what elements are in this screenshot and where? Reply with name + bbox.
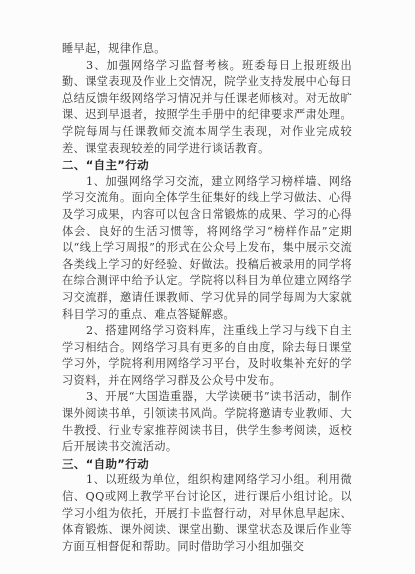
section-heading-self-help: 三、“自助”行动	[62, 456, 352, 473]
document-body: 睡早起，规律作息。 3、加强网络学习监督考核。班委每日上报班级出勤、课堂表现及作…	[62, 41, 352, 555]
document-page: 睡早起，规律作息。 3、加强网络学习监督考核。班委每日上报班级出勤、课堂表现及作…	[0, 0, 415, 574]
paragraph-study-groups: 1、以班级为单位，组织构建网络学习小组。利用微信、QQ或网上教学平台讨论区，进行…	[62, 472, 352, 555]
paragraph-continuation: 睡早起，规律作息。	[62, 41, 352, 58]
paragraph-exchange: 1、加强网络学习交流，建立网络学习榜样墙、网络学习交流角。面向全体学生征集好的线…	[62, 174, 352, 323]
paragraph-resource-library: 2、搭建网络学习资料库，注重线上学习与线下自主学习相结合。网络学习具有更多的自由…	[62, 323, 352, 389]
section-heading-autonomy: 二、“自主”行动	[62, 157, 352, 174]
paragraph-reading-activity: 3、开展“大国造重器，大学读硬书”读书活动，制作课外阅读书单，引领读书风尚。学院…	[62, 389, 352, 455]
paragraph-supervision: 3、加强网络学习监督考核。班委每日上报班级出勤、课堂表现及作业上交情况，院学业支…	[62, 58, 352, 158]
